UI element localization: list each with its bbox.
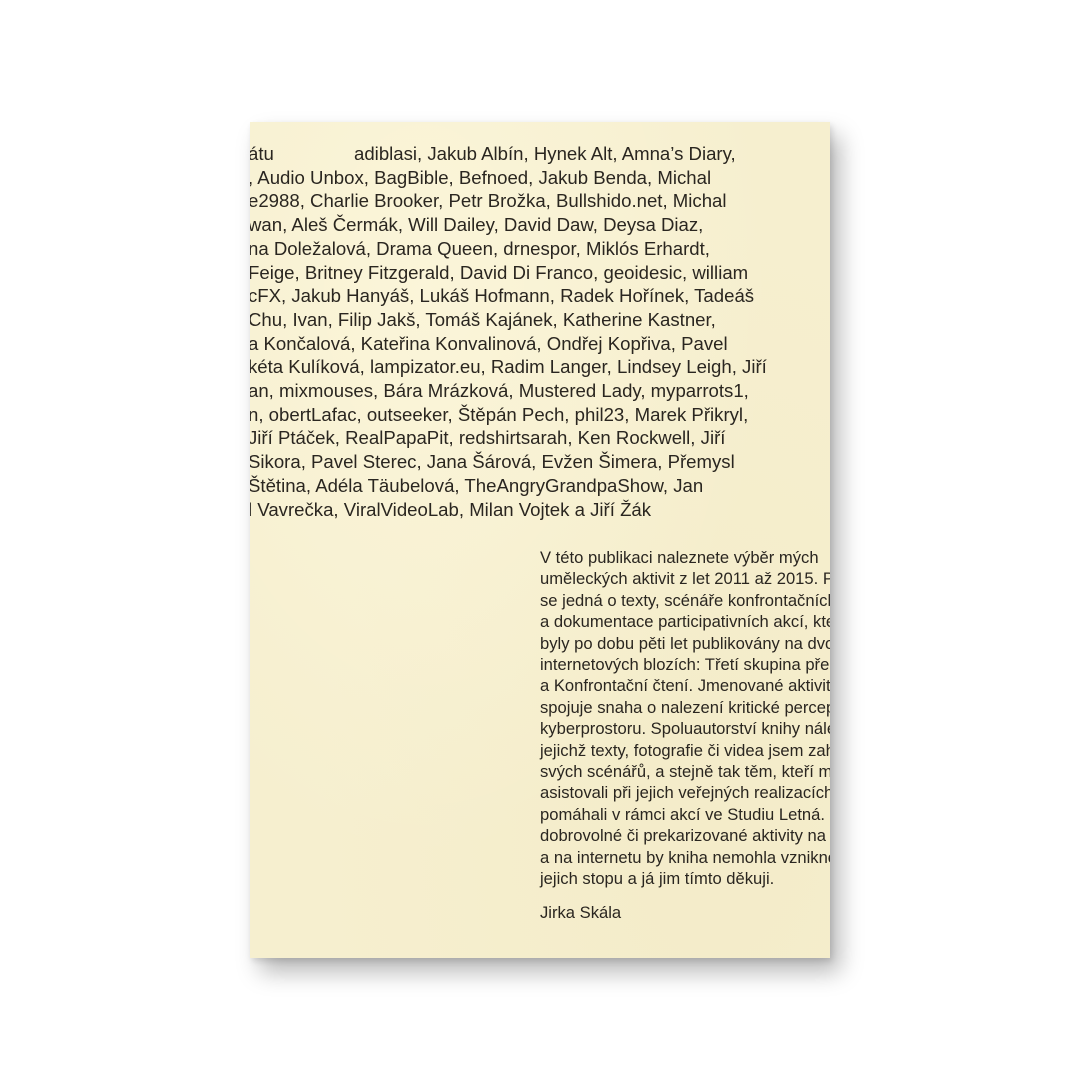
- contributors-line: a Končalová, Kateřina Konvalinová, Ondře…: [250, 332, 767, 356]
- contributors-line: kéta Kulíková, lampizator.eu, Radim Lang…: [250, 355, 767, 379]
- contributors-text: an, mixmouses, Bára Mrázková, Mustered L…: [250, 380, 749, 401]
- contributors-text: Feige, Britney Fitzgerald, David Di Fran…: [250, 262, 748, 283]
- intro-line: kyberprostoru. Spoluautorství knihy nále…: [540, 718, 830, 739]
- contributors-text: Chu, Ivan, Filip Jakš, Tomáš Kajánek, Ka…: [250, 309, 716, 330]
- contributors-text: wan, Aleš Čermák, Will Dailey, David Daw…: [250, 214, 703, 235]
- contributors-line: wan, Aleš Čermák, Will Dailey, David Daw…: [250, 213, 767, 237]
- contributors-lead: átu: [250, 142, 354, 166]
- contributors-line: na Doležalová, Drama Queen, drnespor, Mi…: [250, 237, 767, 261]
- intro-line: pomáhali v rámci akcí ve Studiu Letná. B…: [540, 804, 830, 825]
- contributors-text: n, obertLafac, outseeker, Štěpán Pech, p…: [250, 404, 748, 425]
- intro-line: byly po dobu pěti let publikovány na dvo…: [540, 633, 830, 654]
- intro-line: a Konfrontační čtení. Jmenované aktivity: [540, 675, 830, 696]
- intro-line: jejichž texty, fotografie či videa jsem …: [540, 740, 830, 761]
- contributors-text: kéta Kulíková, lampizator.eu, Radim Lang…: [250, 356, 767, 377]
- contributors-line: an, mixmouses, Bára Mrázková, Mustered L…: [250, 379, 767, 403]
- contributors-line: Chu, Ivan, Filip Jakš, Tomáš Kajánek, Ka…: [250, 308, 767, 332]
- intro-paragraph: V této publikaci naleznete výběr mýchumě…: [540, 547, 830, 890]
- contributors-line: átuadiblasi, Jakub Albín, Hynek Alt, Amn…: [250, 142, 767, 166]
- intro-line: jejich stopu a já jim tímto děkuji.: [540, 868, 830, 889]
- contributors-text: Sikora, Pavel Sterec, Jana Šárová, Evžen…: [250, 451, 735, 472]
- contributors-line: , Audio Unbox, BagBible, Befnoed, Jakub …: [250, 166, 767, 190]
- contributors-line: cFX, Jakub Hanyáš, Lukáš Hofmann, Radek …: [250, 284, 767, 308]
- contributors-text: na Doležalová, Drama Queen, drnespor, Mi…: [250, 238, 710, 259]
- intro-line: a dokumentace participativních akcí, kte…: [540, 611, 830, 632]
- author-signature: Jirka Skála: [540, 902, 621, 923]
- contributors-line: n, obertLafac, outseeker, Štěpán Pech, p…: [250, 403, 767, 427]
- intro-line: asistovali při jejich veřejných realizac…: [540, 782, 830, 803]
- contributors-text: l Vavrečka, ViralVideoLab, Milan Vojtek …: [250, 499, 651, 520]
- contributors-list: átuadiblasi, Jakub Albín, Hynek Alt, Amn…: [250, 142, 767, 521]
- contributors-text: e2988, Charlie Brooker, Petr Brožka, Bul…: [250, 190, 727, 211]
- book-cover: átuadiblasi, Jakub Albín, Hynek Alt, Amn…: [250, 122, 830, 958]
- intro-line: uměleckých aktivit z let 2011 až 2015. P…: [540, 568, 830, 589]
- contributors-text: cFX, Jakub Hanyáš, Lukáš Hofmann, Radek …: [250, 285, 754, 306]
- intro-line: a na internetu by kniha nemohla vzniknou…: [540, 847, 830, 868]
- contributors-text: Štětina, Adéla Täubelová, TheAngryGrandp…: [250, 475, 703, 496]
- contributors-line: Štětina, Adéla Täubelová, TheAngryGrandp…: [250, 474, 767, 498]
- contributors-line: e2988, Charlie Brooker, Petr Brožka, Bul…: [250, 189, 767, 213]
- contributors-text: a Končalová, Kateřina Konvalinová, Ondře…: [250, 333, 728, 354]
- contributors-line: Feige, Britney Fitzgerald, David Di Fran…: [250, 261, 767, 285]
- intro-line: spojuje snaha o nalezení kritické percep…: [540, 697, 830, 718]
- intro-line: dobrovolné či prekarizované aktivity na …: [540, 825, 830, 846]
- contributors-line: Sikora, Pavel Sterec, Jana Šárová, Evžen…: [250, 450, 767, 474]
- intro-line: se jedná o texty, scénáře konfrontačních…: [540, 590, 830, 611]
- contributors-text: , Audio Unbox, BagBible, Befnoed, Jakub …: [250, 167, 711, 188]
- intro-line: V této publikaci naleznete výběr mých: [540, 547, 830, 568]
- contributors-text: Jiří Ptáček, RealPapaPit, redshirtsarah,…: [250, 427, 725, 448]
- contributors-line: l Vavrečka, ViralVideoLab, Milan Vojtek …: [250, 498, 767, 522]
- contributors-text: adiblasi, Jakub Albín, Hynek Alt, Amna’s…: [354, 143, 736, 164]
- intro-line: internetových blozích: Třetí skupina pře…: [540, 654, 830, 675]
- contributors-line: Jiří Ptáček, RealPapaPit, redshirtsarah,…: [250, 426, 767, 450]
- intro-line: svých scénářů, a stejně tak těm, kteří m…: [540, 761, 830, 782]
